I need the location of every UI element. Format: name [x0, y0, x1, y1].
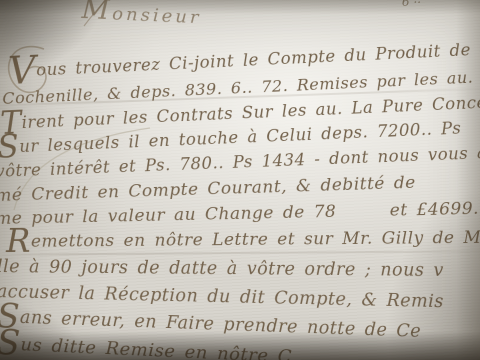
manuscript-line: mé Credit en Compte Courant, & debitté d…	[0, 175, 416, 205]
manuscript-photo: 6 ·· Monsieur Vous trouverez Ci-joint le…	[0, 0, 480, 360]
manuscript-line: lle à 90 jours de datte à vôtre ordre ; …	[0, 259, 444, 280]
manuscript-line: accuser la Réception du dit Compte, & Re…	[0, 284, 444, 312]
manuscript-line: me pour la valeur au Change de 78 et £46…	[0, 200, 480, 228]
page-corner-mark: 6 ··	[402, 0, 422, 9]
manuscript-line: Sus ditte Remise en nôtre C	[0, 335, 292, 360]
salutation: Monsieur	[81, 4, 202, 27]
manuscript-line: Remettons en nôtre Lettre et sur Mr. Gil…	[6, 230, 480, 251]
